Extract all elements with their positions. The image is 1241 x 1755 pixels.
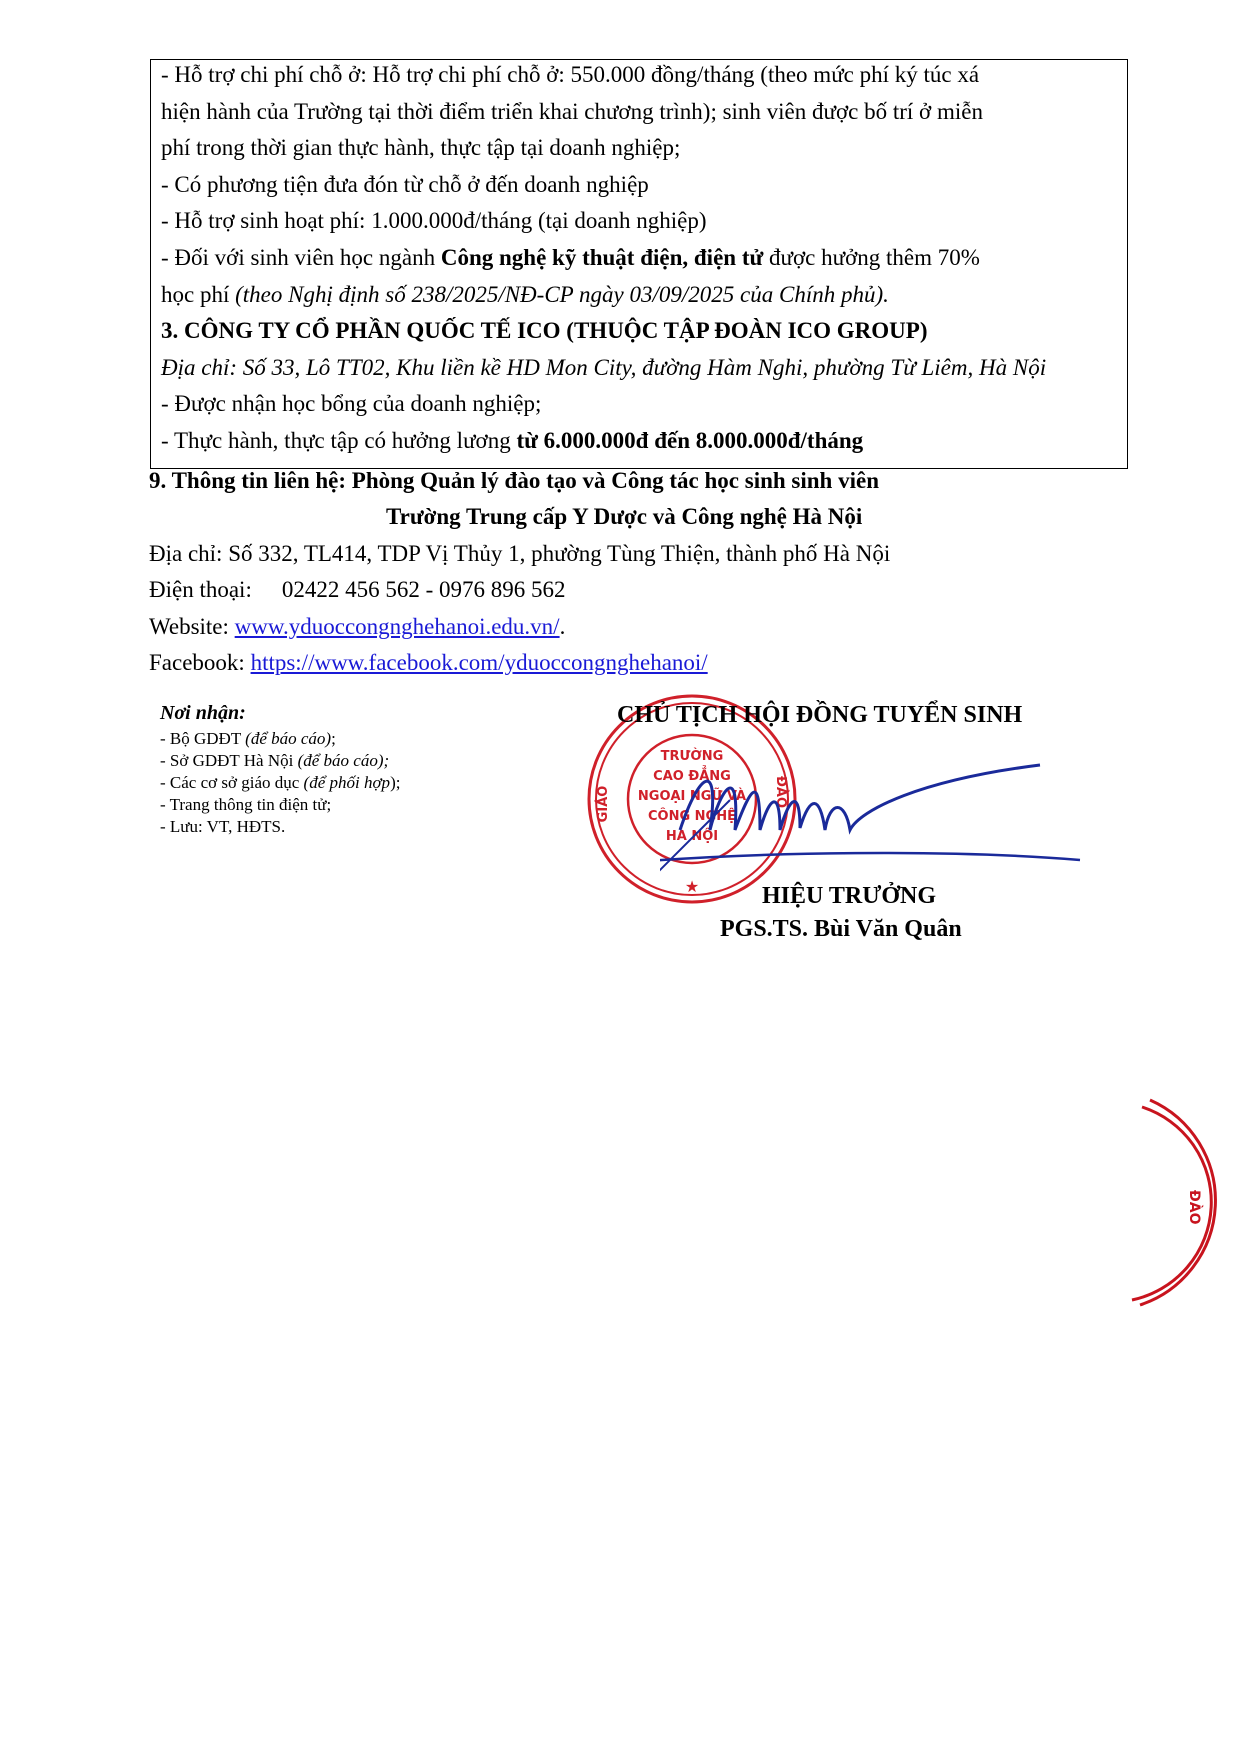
contact-address: Địa chỉ: Số 332, TL414, TDP Vị Thủy 1, p… (149, 539, 890, 569)
box-line: - Hỗ trợ chi phí chỗ ở: Hỗ trợ chi phí c… (161, 60, 979, 90)
box-line-decree: học phí (theo Nghị định số 238/2025/NĐ-C… (161, 280, 889, 310)
company-heading: 3. CÔNG TY CỔ PHẦN QUỐC TẾ ICO (THUỘC TẬ… (161, 316, 928, 346)
major-name: Công nghệ kỹ thuật điện, điện tử (441, 245, 763, 270)
website-link[interactable]: www.yduoccongnghehanoi.edu.vn/ (235, 614, 560, 639)
school-name: Trường Trung cấp Y Dược và Công nghệ Hà … (386, 502, 862, 532)
box-line: - Có phương tiện đưa đón từ chỗ ở đến do… (161, 170, 649, 200)
benefit-scholarship: - Được nhận học bổng của doanh nghiệp; (161, 389, 541, 419)
partial-stamp-icon: ĐÀO (1130, 1095, 1241, 1310)
recipient-item: - Các cơ sở giáo dục (để phối hợp); (160, 773, 400, 793)
box-line: hiện hành của Trường tại thời điểm triển… (161, 97, 983, 127)
svg-text:ĐÀO: ĐÀO (1186, 1190, 1203, 1225)
svg-text:GIÁO: GIÁO (595, 786, 611, 823)
recipient-item: - Lưu: VT, HĐTS. (160, 817, 285, 837)
decree-reference: (theo Nghị định số 238/2025/NĐ-CP ngày 0… (235, 282, 889, 307)
company-address: Địa chỉ: Số 33, Lô TT02, Khu liền kề HD … (161, 353, 1046, 383)
contact-website: Website: www.yduoccongnghehanoi.edu.vn/. (149, 612, 565, 642)
box-line: phí trong thời gian thực hành, thực tập … (161, 133, 680, 163)
signer-name: PGS.TS. Bùi Văn Quân (720, 916, 962, 943)
benefit-salary: - Thực hành, thực tập có hưởng lương từ … (161, 426, 863, 456)
contact-phone: Điện thoại:02422 456 562 - 0976 896 562 (149, 575, 566, 605)
box-line-major: - Đối với sinh viên học ngành Công nghệ … (161, 243, 980, 273)
council-chair-title: CHỦ TỊCH HỘI ĐỒNG TUYỂN SINH (617, 702, 1022, 729)
facebook-link[interactable]: https://www.facebook.com/yduoccongngheha… (251, 650, 708, 675)
phone-numbers: 02422 456 562 - 0976 896 562 (282, 577, 566, 602)
contact-facebook: Facebook: https://www.facebook.com/yduoc… (149, 648, 708, 678)
recipient-item: - Bộ GDĐT (để báo cáo); (160, 729, 336, 749)
contact-heading: 9. Thông tin liên hệ: Phòng Quản lý đào … (149, 466, 879, 496)
recipient-item: - Sở GDĐT Hà Nội (để báo cáo); (160, 751, 389, 771)
salary-range: từ 6.000.000đ đến 8.000.000đ/tháng (516, 428, 863, 453)
box-line: - Hỗ trợ sinh hoạt phí: 1.000.000đ/tháng… (161, 206, 707, 236)
signer-position: HIỆU TRƯỞNG (762, 883, 936, 910)
recipient-item: - Trang thông tin điện tử; (160, 795, 331, 815)
recipients-title: Nơi nhận: (160, 703, 246, 723)
signature-scribble-icon (660, 750, 1090, 880)
